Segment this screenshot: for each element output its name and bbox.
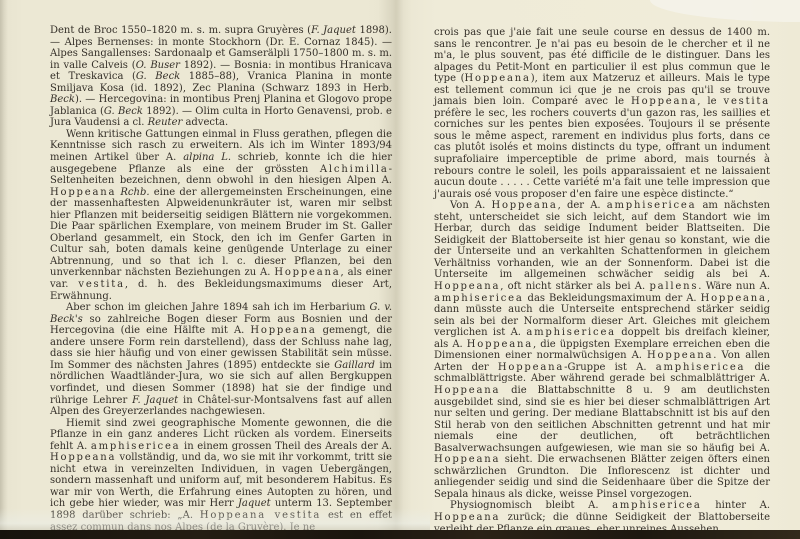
species-name-run: Hoppeana bbox=[498, 362, 564, 373]
right-page-text: crois pas que j'aie fait une seule cours… bbox=[434, 27, 770, 535]
text-run: . Wäre nun A. bbox=[698, 281, 770, 292]
italic-text-run: F. Jaquet bbox=[132, 395, 178, 406]
italic-text-run: G. Beck bbox=[104, 106, 143, 117]
italic-text-run: Rchb. bbox=[120, 187, 149, 198]
species-name-run: Hoppeana bbox=[50, 187, 116, 198]
species-name-run: Hoppeana bbox=[434, 281, 500, 292]
species-name-run: Hoppeana bbox=[50, 452, 116, 463]
left-page: Dent de Broc 1550–1820 m. s. m. supra Gr… bbox=[0, 0, 396, 539]
text-run: , der A. bbox=[558, 200, 607, 211]
species-name-run: Hoppeana bbox=[250, 325, 316, 336]
species-name-run: Hoppeana bbox=[631, 96, 697, 107]
species-name-run: Hoppeana vestita bbox=[200, 510, 321, 521]
species-name-run: amphisericea bbox=[91, 441, 181, 452]
text-run: hinter A. bbox=[702, 500, 770, 511]
species-name-run: amphisericea bbox=[607, 200, 697, 211]
paragraph: Dent de Broc 1550–1820 m. s. m. supra Gr… bbox=[50, 25, 392, 129]
left-page-text: Dent de Broc 1550–1820 m. s. m. supra Gr… bbox=[50, 25, 392, 533]
species-name-run: amphisericea bbox=[434, 293, 524, 304]
text-run: Von A. bbox=[450, 200, 491, 211]
text-run: am nächsten steht, unterscheidet sie sic… bbox=[434, 200, 770, 280]
species-name-run: Alchimilla bbox=[320, 164, 389, 175]
species-name-run: Hoppeana bbox=[274, 267, 340, 278]
italic-text-run: alpina L. bbox=[183, 152, 231, 163]
text-run: préfère le sec, les rochers couverts d'u… bbox=[434, 108, 770, 200]
text-run: in einem grossen Theil des Areals der A. bbox=[180, 441, 392, 452]
text-run: Physiognomisch bleibt A. bbox=[450, 500, 612, 511]
species-name-run: Hoppeana bbox=[465, 73, 531, 84]
paragraph: Wenn kritische Gattungen einmal in Fluss… bbox=[50, 129, 392, 302]
paragraph: Aber schon im gleichen Jahre 1894 sah ic… bbox=[50, 302, 392, 417]
paragraph: Hiemit sind zwei geographische Momente g… bbox=[50, 418, 392, 533]
paragraph: Von A. Hoppeana, der A. amphisericea am … bbox=[434, 200, 770, 500]
species-name-run: amphisericea bbox=[612, 500, 702, 511]
species-name-run: Hoppeana bbox=[434, 454, 500, 465]
species-name-run: vestita bbox=[78, 279, 125, 290]
species-name-run: amphisericea bbox=[656, 362, 746, 373]
species-name-run: Hoppeana bbox=[647, 350, 713, 361]
text-run: Aber schon im gleichen Jahre 1894 sah ic… bbox=[66, 302, 370, 313]
italic-text-run: O. Buser bbox=[136, 60, 180, 71]
text-run: das Bekleidungsmaximum der A. bbox=[524, 293, 701, 304]
species-name-run: Hoppeana bbox=[434, 512, 500, 523]
text-run: Dent de Broc 1550–1820 m. s. m. supra Gr… bbox=[50, 25, 311, 36]
paragraph: Physiognomisch bleibt A. amphisericea hi… bbox=[434, 500, 770, 535]
italic-text-run: Gaillard bbox=[334, 360, 375, 371]
text-run: eine der allergemeinsten Erscheinungen, … bbox=[50, 187, 392, 279]
italic-text-run: F. Jaquet bbox=[311, 25, 356, 36]
text-run: advecta. bbox=[182, 117, 228, 128]
right-page: crois pas que j'aie fait une seule cours… bbox=[396, 0, 800, 539]
species-name-run: amphisericea bbox=[526, 327, 616, 338]
species-name-run: Hoppeana bbox=[467, 339, 533, 350]
species-name-run: Hoppeana bbox=[701, 293, 767, 304]
italic-text-run: Jaquet bbox=[238, 498, 271, 509]
italic-text-run: G. Beck bbox=[136, 71, 180, 82]
species-name-run: Hoppeana bbox=[434, 385, 500, 396]
text-run: , oft nicht stärker als bei A. bbox=[500, 281, 649, 292]
text-run: , le bbox=[697, 96, 723, 107]
italic-text-run: Reuter bbox=[148, 117, 183, 128]
species-name-run: vestita bbox=[724, 96, 771, 107]
species-name-run: Hoppeana bbox=[491, 200, 557, 211]
italic-text-run: Beck bbox=[50, 94, 75, 105]
text-run: -Gruppe ist A. bbox=[564, 362, 656, 373]
species-name-run: pallens bbox=[649, 281, 698, 292]
paragraph: crois pas que j'aie fait une seule cours… bbox=[434, 27, 770, 200]
book-spread: Dent de Broc 1550–1820 m. s. m. supra Gr… bbox=[0, 0, 800, 539]
